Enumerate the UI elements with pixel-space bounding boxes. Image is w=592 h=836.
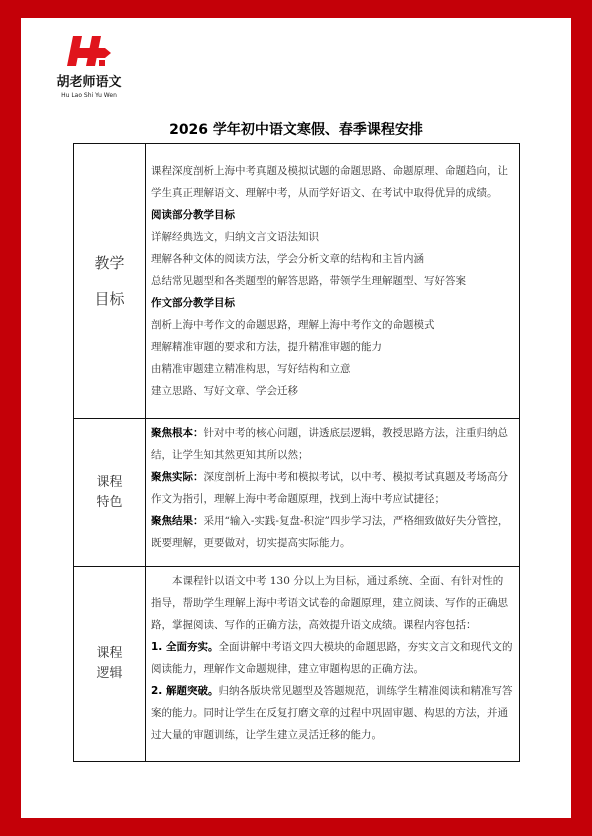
hu-h-logo-icon [65, 34, 113, 68]
list-item: 由精准审题建立精准构思，写好结构和立意 [151, 358, 513, 380]
brand-logo: 胡老师语文 Hu Lao Shi Yu Wen [54, 34, 124, 99]
list-item: 理解各种文体的阅读方法，学会分析文章的结构和主旨内涵 [151, 248, 513, 270]
row-label-line: 特色 [75, 493, 144, 513]
list-item: 理解精准审题的要求和方法，提升精准审题的能力 [151, 336, 513, 358]
row-content: 聚焦根本：针对中考的核心问题，讲透底层逻辑，教授思路方法，注重归纳总结，让学生知… [146, 419, 520, 567]
row-label: 教学 目标 [74, 144, 146, 419]
row-label-line: 逻辑 [75, 664, 144, 684]
point-head: 2. 解题突破。 [151, 685, 218, 697]
feature-head: 聚焦实际： [151, 471, 204, 483]
goals-intro: 课程深度剖析上海中考真题及模拟试题的命题思路、命题原理、命题趋向，让学生真正理解… [151, 160, 513, 204]
list-item: 详解经典选文，归纳文言文语法知识 [151, 226, 513, 248]
row-content: 本课程针以语文中考 130 分以上为目标，通过系统、全面、有针对性的指导，帮助学… [146, 567, 520, 762]
table-row-logic: 课程 逻辑 本课程针以语文中考 130 分以上为目标，通过系统、全面、有针对性的… [74, 567, 520, 762]
document-page: 胡老师语文 Hu Lao Shi Yu Wen 2026 学年初中语文寒假、春季… [21, 18, 571, 818]
course-table: 教学 目标 课程深度剖析上海中考真题及模拟试题的命题思路、命题原理、命题趋向，让… [73, 143, 520, 762]
row-label-line: 目标 [75, 281, 144, 317]
point-head: 1. 全面夯实。 [151, 641, 218, 653]
row-label-line: 教学 [75, 245, 144, 281]
list-item: 总结常见题型和各类题型的解答思路，带领学生理解题型、写好答案 [151, 270, 513, 292]
feature-head: 聚焦根本： [151, 427, 204, 439]
logic-point: 2. 解题突破。归纳各版块常见题型及答题规范，训练学生精准阅读和精准写答案的能力… [151, 680, 513, 746]
row-label: 课程 逻辑 [74, 567, 146, 762]
page-title: 2026 学年初中语文寒假、春季课程安排 [21, 119, 571, 139]
brand-name-en: Hu Lao Shi Yu Wen [54, 92, 124, 99]
logic-intro: 本课程针以语文中考 130 分以上为目标，通过系统、全面、有针对性的指导，帮助学… [151, 570, 513, 636]
feature-item: 聚焦根本：针对中考的核心问题，讲透底层逻辑，教授思路方法，注重归纳总结，让学生知… [151, 422, 513, 466]
brand-name-cn: 胡老师语文 [54, 71, 124, 90]
feature-item: 聚焦结果：采用“输入-实践-复盘-积淀”四步学习法，严格细致做好失分管控，既要理… [151, 510, 513, 554]
feature-text: 采用“输入-实践-复盘-积淀”四步学习法，严格细致做好失分管控，既要理解，更要做… [151, 515, 508, 549]
table-row-features: 课程 特色 聚焦根本：针对中考的核心问题，讲透底层逻辑，教授思路方法，注重归纳总… [74, 419, 520, 567]
list-item: 建立思路、写好文章、学会迁移 [151, 380, 513, 402]
feature-text: 深度剖析上海中考和模拟考试，以中考、模拟考试真题及考场高分作文为指引，理解上海中… [151, 471, 508, 505]
row-label: 课程 特色 [74, 419, 146, 567]
feature-head: 聚焦结果： [151, 515, 204, 527]
table-row-teaching-goals: 教学 目标 课程深度剖析上海中考真题及模拟试题的命题思路、命题原理、命题趋向，让… [74, 144, 520, 419]
row-label-line: 课程 [75, 644, 144, 664]
row-content: 课程深度剖析上海中考真题及模拟试题的命题思路、命题原理、命题趋向，让学生真正理解… [146, 144, 520, 419]
feature-text: 针对中考的核心问题，讲透底层逻辑，教授思路方法，注重归纳总结，让学生知其然更知其… [151, 427, 508, 461]
feature-item: 聚焦实际：深度剖析上海中考和模拟考试，以中考、模拟考试真题及考场高分作文为指引，… [151, 466, 513, 510]
list-item: 剖析上海中考作文的命题思路，理解上海中考作文的命题模式 [151, 314, 513, 336]
row-label-line: 课程 [75, 473, 144, 493]
writing-heading: 作文部分教学目标 [151, 292, 513, 314]
logic-point: 1. 全面夯实。全面讲解中考语文四大模块的命题思路，夯实文言文和现代文的阅读能力… [151, 636, 513, 680]
reading-heading: 阅读部分教学目标 [151, 204, 513, 226]
